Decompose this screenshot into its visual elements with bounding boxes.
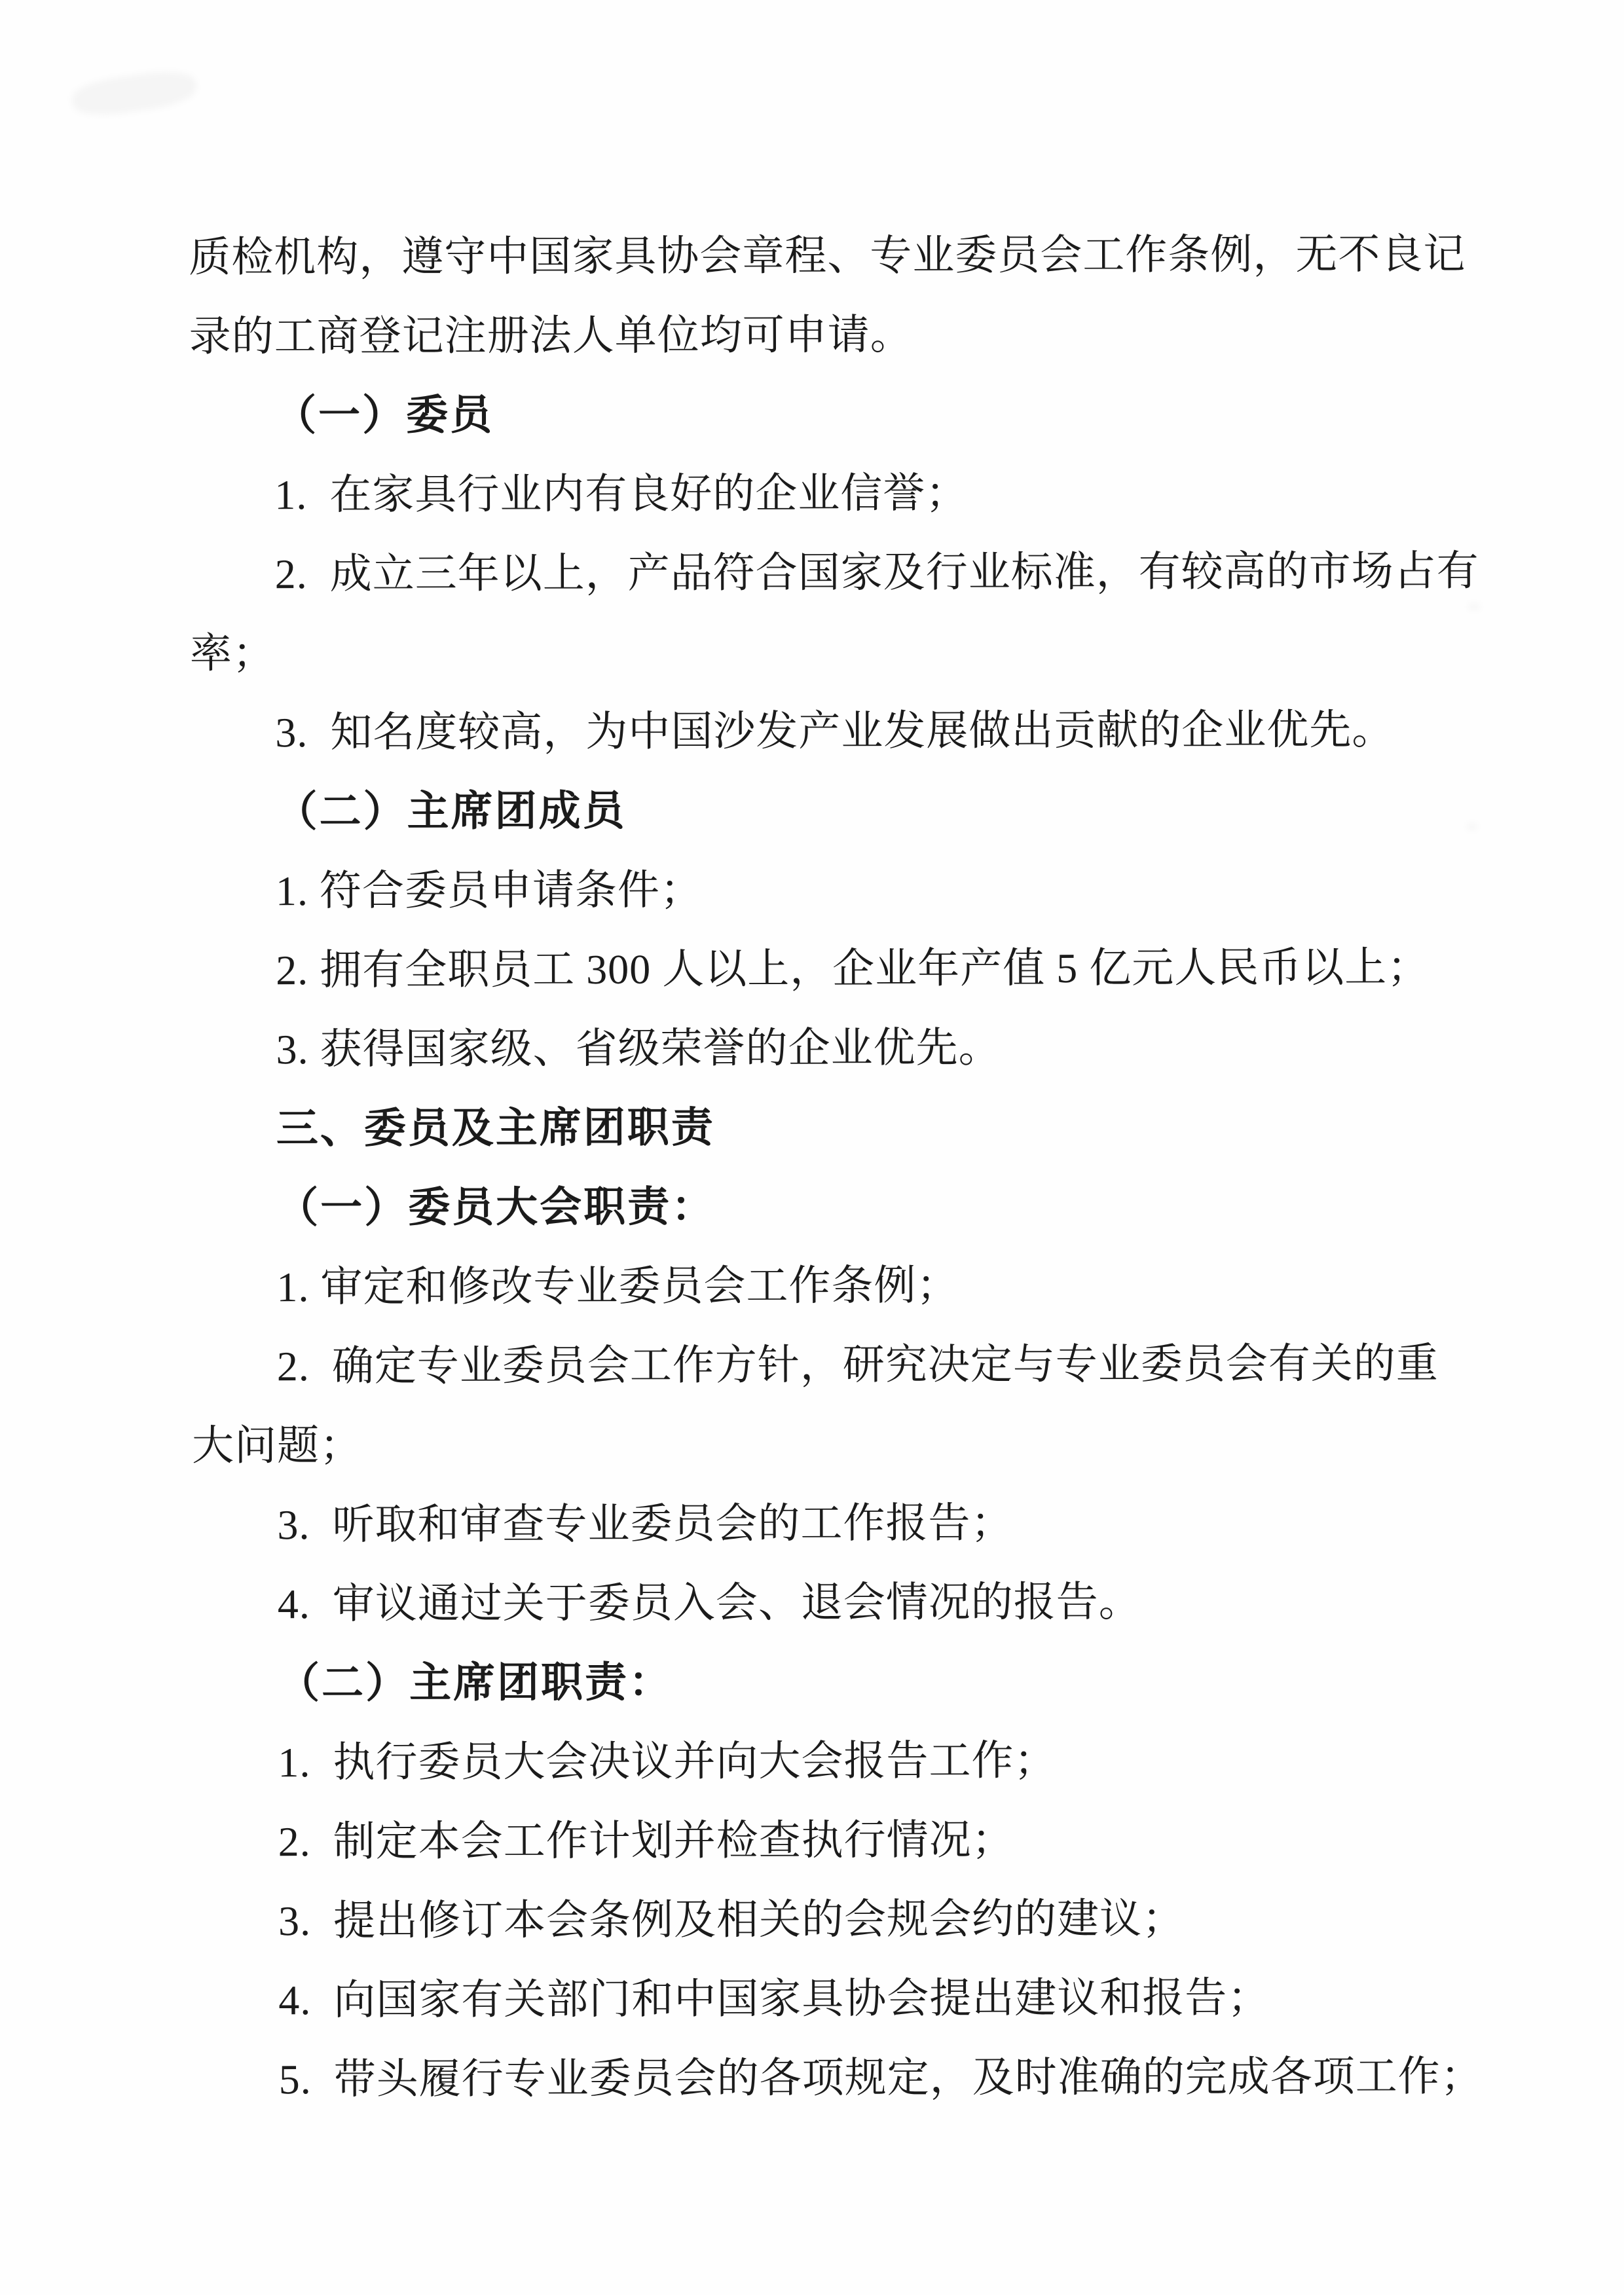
list-item: 5. 带头履行专业委员会的各项规定，及时准确的完成各项工作； (193, 2032, 1464, 2115)
list-item: 2. 制定本会工作计划并检查执行情况； (193, 1795, 1464, 1877)
text-line: 率； (190, 606, 1460, 689)
text-line-content: 大问题； (192, 1411, 362, 1472)
list-item: 3. 知名度较高，为中国沙发产业发展做出贡献的企业优先。 (190, 686, 1460, 768)
section-heading: （二）主席团职责： (193, 1636, 1463, 1719)
list-item: 2. 拥有全职员工 300 人以上，企业年产值 5 亿元人民币以上； (191, 923, 1461, 1006)
text-line-content: 3. 知名度较高，为中国沙发产业发展做出贡献的企业优先。 (275, 695, 1394, 758)
text-line-content: 录的工商登记注册法人单位均可申请。 (189, 301, 913, 363)
text-line-content: 5. 带头履行专业委员会的各项规定，及时准确的完成各项工作； (279, 2042, 1483, 2106)
text-line: 大问题； (192, 1399, 1462, 1481)
section-heading: （一）委员 (189, 369, 1460, 451)
text-line-content: 4. 向国家有关部门和中国家具协会提出建议和报告； (278, 1964, 1270, 2027)
scan-artifact (70, 67, 198, 120)
section-heading-text: （一）委员 (274, 381, 494, 442)
text-line-content: 3. 获得国家级、省级荣誉的企业优先。 (276, 1014, 1001, 1076)
list-item: 1. 审定和修改专业委员会工作条例； (191, 1240, 1462, 1323)
list-item: 2. 确定专业委员会工作方针，研究决定与专业委员会有关的重 (192, 1319, 1462, 1402)
section-heading-text: 三、委员及主席团职责 (276, 1093, 715, 1155)
text-line-content: 2. 成立三年以上，产品符合国家及行业标准，有较高的市场占有 (275, 537, 1479, 600)
text-line-content: 1. 在家具行业内有良好的企业信誉； (274, 459, 968, 521)
list-item: 1. 符合委员申请条件； (191, 844, 1461, 927)
text-line: 质检机构，遵守中国家具协会章程、专业委员会工作条例，无不良记 (189, 210, 1459, 293)
text-line-content: 4. 审议通过关于委员入会、退会情况的报告。 (278, 1568, 1141, 1630)
section-heading-text: （二）主席团成员 (275, 777, 626, 837)
section-heading-text: （一）委员大会职责： (276, 1173, 715, 1234)
list-item: 3. 听取和审查专业委员会的工作报告； (192, 1478, 1462, 1560)
text-line-content: 3. 提出修订本会条例及相关的会规会约的建议； (278, 1884, 1185, 1947)
scan-artifact (1467, 824, 1477, 830)
text-line-content: 1. 审定和修改专业委员会工作条例； (276, 1251, 959, 1313)
list-item: 4. 审议通过关于委员入会、退会情况的报告。 (193, 1557, 1463, 1640)
list-item: 2. 成立三年以上，产品符合国家及行业标准，有较高的市场占有 (189, 527, 1460, 610)
text-line-content: 2. 制定本会工作计划并检查执行情况； (278, 1806, 1014, 1868)
list-item: 4. 向国家有关部门和中国家具协会提出建议和报告； (193, 1953, 1464, 2036)
section-heading-text: （二）主席团职责： (278, 1648, 673, 1710)
text-line-content: 率； (190, 619, 275, 680)
document-body: 质检机构，遵守中国家具协会章程、专业委员会工作条例，无不良记 录的工商登记注册法… (189, 210, 1464, 2115)
scan-artifact (1468, 604, 1480, 610)
text-line-content: 质检机构，遵守中国家具协会章程、专业委员会工作条例，无不良记 (189, 220, 1466, 284)
text-line-content: 1. 符合委员申请条件； (276, 856, 703, 917)
text-line-content: 2. 拥有全职员工 300 人以上，企业年产值 5 亿元人民币以上； (276, 933, 1430, 997)
text-line-content: 1. 执行委员大会决议并向大会报告工作； (278, 1727, 1056, 1789)
section-heading: 三、委员及主席团职责 (191, 1082, 1462, 1164)
list-item: 1. 执行委员大会决议并向大会报告工作； (193, 1716, 1463, 1798)
text-line: 录的工商登记注册法人单位均可申请。 (189, 289, 1460, 372)
scanned-document-page: 质检机构，遵守中国家具协会章程、专业委员会工作条例，无不良记 录的工商登记注册法… (0, 0, 1624, 2295)
section-heading: （一）委员大会职责： (191, 1161, 1462, 1243)
list-item: 1. 在家具行业内有良好的企业信誉； (189, 448, 1460, 530)
list-item: 3. 获得国家级、省级荣誉的企业优先。 (191, 1002, 1461, 1085)
section-heading: （二）主席团成员 (190, 765, 1460, 847)
text-line-content: 3. 听取和审查专业委员会的工作报告； (277, 1489, 1013, 1551)
text-line-content: 2. 确定专业委员会工作方针，研究决定与专业委员会有关的重 (277, 1329, 1439, 1393)
list-item: 3. 提出修订本会条例及相关的会规会约的建议； (193, 1874, 1464, 1956)
